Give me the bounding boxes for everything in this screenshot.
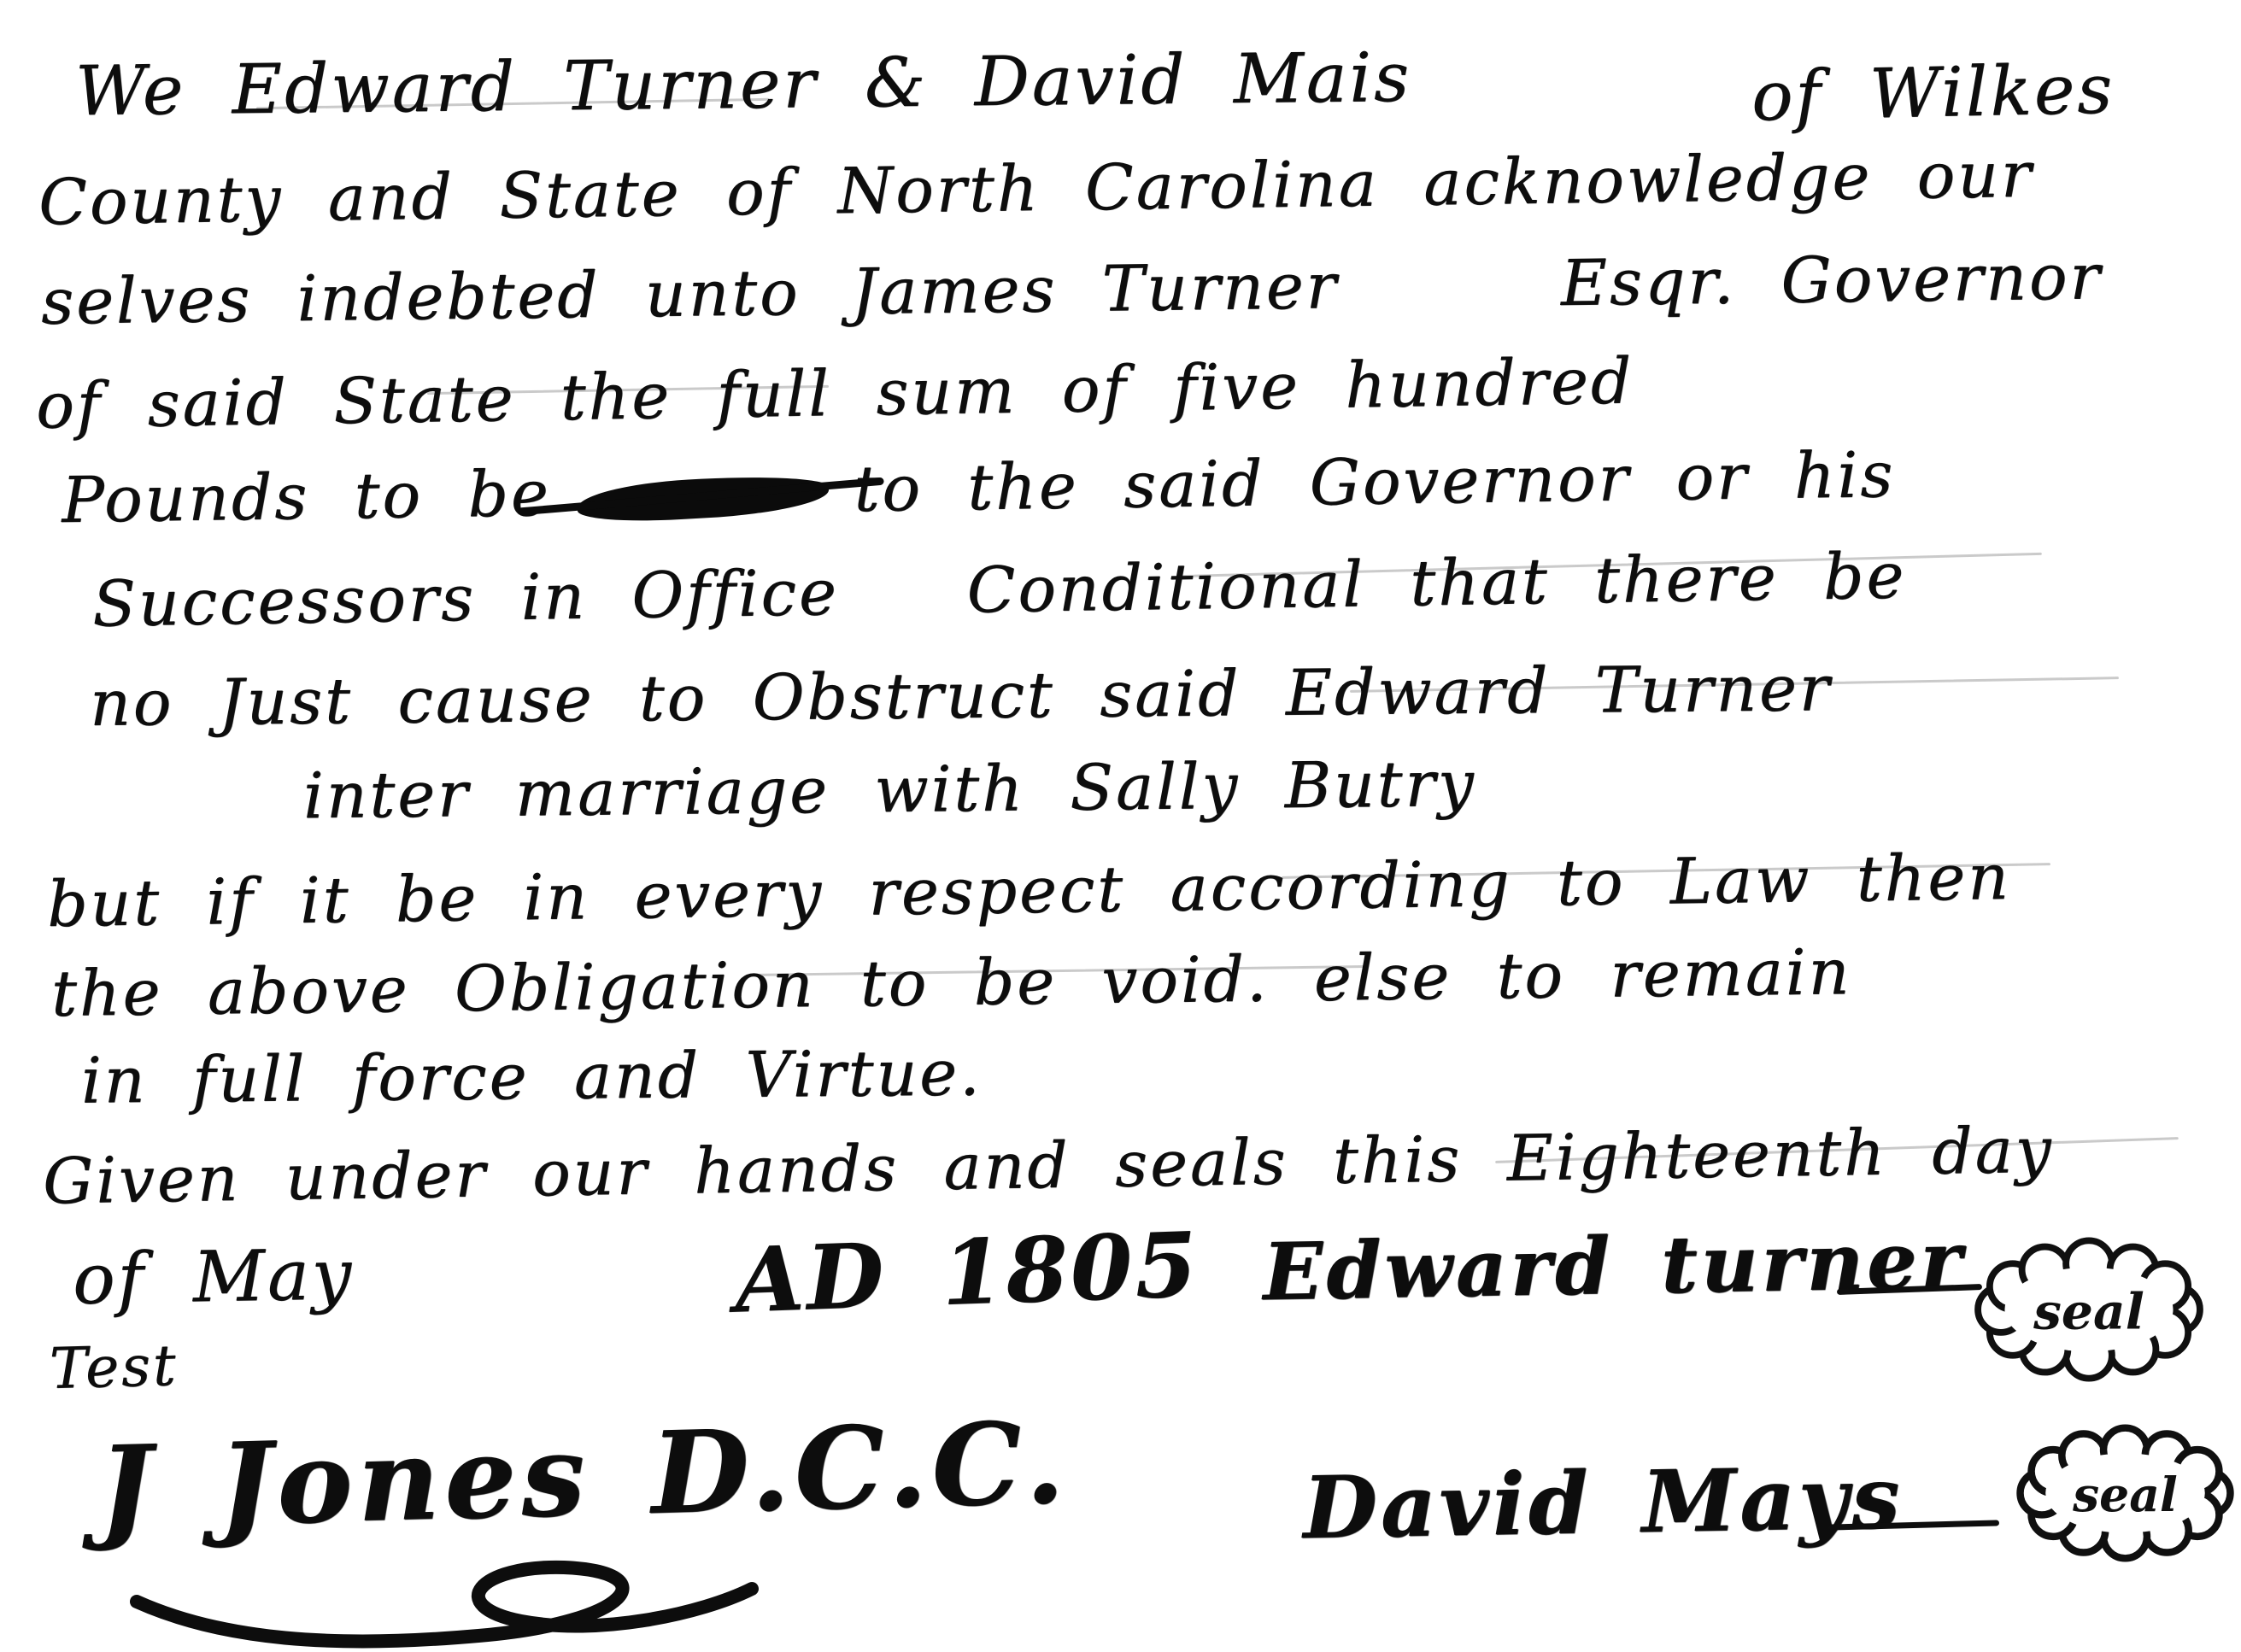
bond-text-payable: to the said Governor or his bbox=[854, 438, 1896, 526]
bond-line-indebted: selves indebted untoJames TurnerEsqr. Go… bbox=[41, 240, 2103, 338]
manuscript-page: We Edward Turner & David Mais of Wilkes … bbox=[0, 0, 2241, 1652]
bond-line-cause: no Just cause to Obstruct said Edward Tu… bbox=[90, 652, 1833, 741]
bond-line-force: in full force and Virtue. bbox=[81, 1036, 983, 1117]
bond-line-successors: Successors in OfficeConditional that the… bbox=[91, 539, 1906, 641]
bond-line-respect: but if it be in every respect according … bbox=[47, 841, 2012, 941]
wax-seal-icon: seal bbox=[2012, 1416, 2238, 1570]
signature-clerk-jones: J Jones D.C.C. bbox=[97, 1397, 1071, 1555]
bond-line-intermarriage: inter marriage with Sally Butry bbox=[303, 747, 1476, 833]
governor-name: James Turner bbox=[851, 249, 1339, 329]
bond-line-obligation: the above Obligation to be void. else to… bbox=[51, 935, 1852, 1031]
signature-david-mays: David Mays bbox=[1302, 1447, 1904, 1558]
bond-text-indebted: selves indebted unto bbox=[41, 256, 801, 339]
ink-blot-crossed-out-word bbox=[576, 472, 830, 525]
spacing bbox=[801, 313, 852, 314]
spacing bbox=[1339, 305, 1561, 308]
bond-date-year: AD 1805 bbox=[733, 1212, 1201, 1333]
bond-line-county: County and State of North Carolina ackno… bbox=[38, 138, 2034, 240]
bond-line-sum: of said State the full sum of five hundr… bbox=[35, 344, 1634, 442]
bond-line-of-may: of May bbox=[72, 1234, 355, 1321]
strikethrough-line bbox=[517, 477, 883, 516]
bond-text-pounds: Pounds to be bbox=[62, 457, 552, 537]
wax-seal-icon: seal bbox=[1969, 1228, 2209, 1391]
governor-title: Esqr. Governor bbox=[1560, 240, 2103, 320]
bond-line-given: Given under our hands and seals this Eig… bbox=[42, 1114, 2054, 1219]
bond-line-pounds: Pounds to beto the said Governor or his bbox=[62, 438, 1896, 537]
seal-label: seal bbox=[2033, 1281, 2144, 1340]
spacing bbox=[839, 612, 967, 614]
signature-edward-turner: Edward turner bbox=[1262, 1214, 1966, 1318]
flourish-stroke bbox=[137, 1567, 752, 1642]
bond-text-conditional: Conditional that there be bbox=[966, 539, 1907, 627]
bond-text-successors: Successors in Office bbox=[91, 556, 839, 641]
bond-line-test: Test bbox=[49, 1333, 179, 1402]
signature-flourish bbox=[120, 1555, 769, 1649]
bond-line-opening-left: We Edward Turner & David Mais bbox=[75, 38, 1412, 131]
bond-line-opening-right: of Wilkes bbox=[1751, 50, 2115, 137]
seal-label: seal bbox=[2072, 1467, 2178, 1522]
